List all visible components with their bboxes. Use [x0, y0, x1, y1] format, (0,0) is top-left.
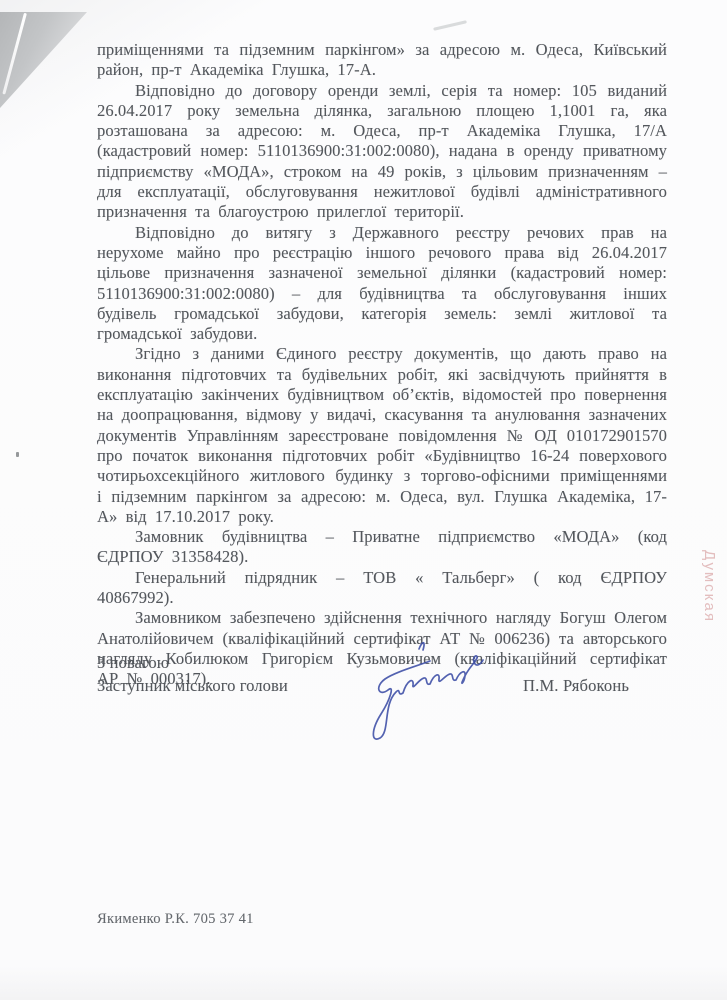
salutation: З повагою [97, 651, 288, 674]
body-paragraph: приміщеннями та підземним паркінгом» за … [97, 40, 667, 81]
scan-speck [16, 452, 19, 457]
signer-name: П.М. Рябоконь [523, 674, 629, 697]
body-paragraph: Відповідно до витягу з Державного реєстр… [97, 223, 667, 345]
handwritten-signature [333, 637, 491, 747]
letter-body: приміщеннями та підземним паркінгом» за … [97, 40, 667, 690]
body-paragraph: Генеральний підрядник – ТОВ « Тальберг» … [97, 568, 667, 609]
body-paragraph: Відповідно до договору оренди землі, сер… [97, 81, 667, 223]
body-paragraph: Замовник будівництва – Приватне підприєм… [97, 527, 667, 568]
signoff-block: З повагою Заступник міського голови [97, 651, 288, 697]
body-paragraph: Згідно з даними Єдиного реєстру документ… [97, 344, 667, 527]
watermark: Думская [701, 550, 718, 623]
signature-tick-stroke [419, 643, 424, 650]
signature-main-stroke [373, 656, 483, 739]
contact-footer: Якименко Р.К. 705 37 41 [97, 911, 254, 928]
scanned-letter-page: Думская приміщеннями та підземним паркін… [0, 0, 727, 1000]
bottom-scan-shadow [0, 966, 727, 1000]
scan-smudge [433, 20, 467, 30]
signer-title: Заступник міського голови [97, 674, 288, 697]
